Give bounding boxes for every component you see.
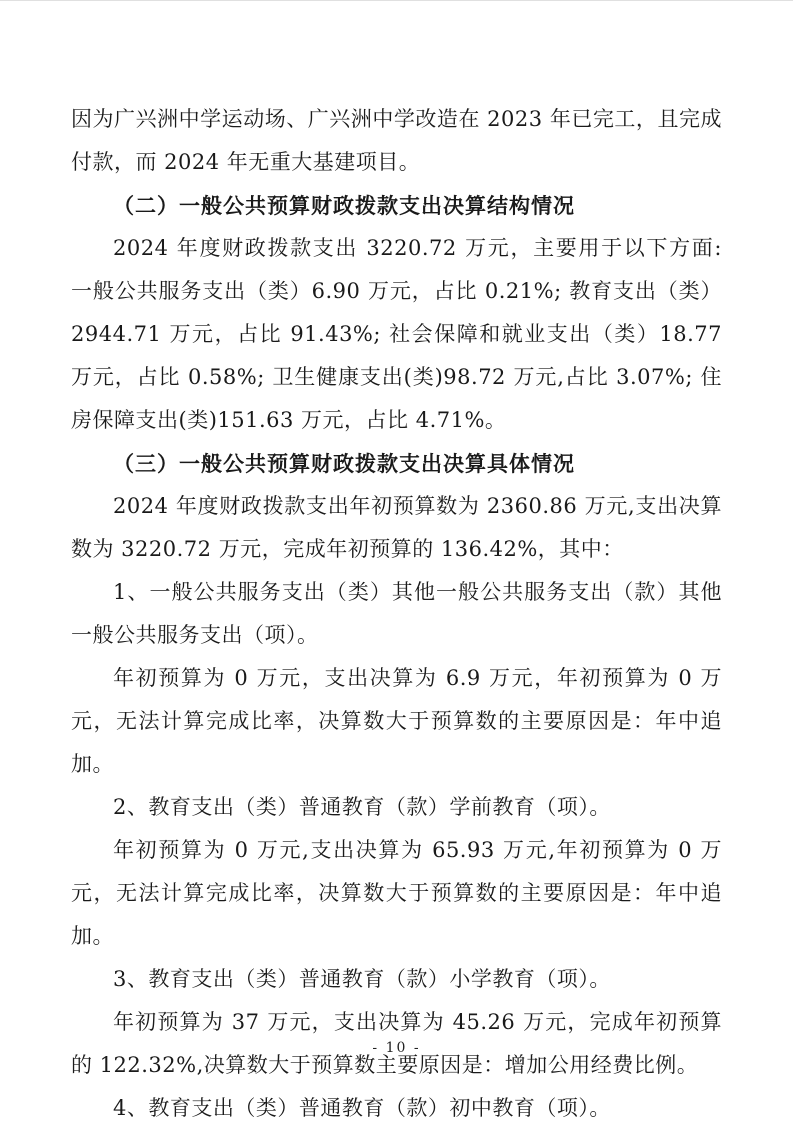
document-body: 因为广兴洲中学运动场、广兴洲中学改造在 2023 年已完工，且完成付款，而 20… (71, 98, 722, 1122)
paragraph: 1、一般公共服务支出（类）其他一般公共服务支出（款）其他一般公共服务支出（项）。 (71, 571, 722, 657)
paragraph: 2024 年度财政拨款支出年初预算数为 2360.86 万元,支出决算数为 32… (71, 485, 722, 571)
paragraph: 因为广兴洲中学运动场、广兴洲中学改造在 2023 年已完工，且完成付款，而 20… (71, 98, 722, 184)
section-heading: （二）一般公共预算财政拨款支出决算结构情况 (71, 184, 722, 227)
paragraph: 年初预算为 0 万元,支出决算为 65.93 万元,年初预算为 0 万元，无法计… (71, 829, 722, 958)
paragraph: 2、教育支出（类）普通教育（款）学前教育（项）。 (71, 786, 722, 829)
paragraph: 4、教育支出（类）普通教育（款）初中教育（项）。 (71, 1087, 722, 1122)
paragraph: 2024 年度财政拨款支出 3220.72 万元，主要用于以下方面: 一般公共服… (71, 227, 722, 442)
page-number: - 10 - (372, 1040, 420, 1056)
paragraph: 3、教育支出（类）普通教育（款）小学教育（项）。 (71, 958, 722, 1001)
section-heading: （三）一般公共预算财政拨款支出决算具体情况 (71, 442, 722, 485)
page-footer: - 10 - (0, 1037, 793, 1056)
document-page: 因为广兴洲中学运动场、广兴洲中学改造在 2023 年已完工，且完成付款，而 20… (0, 0, 793, 1122)
paragraph: 年初预算为 0 万元，支出决算为 6.9 万元，年初预算为 0 万元，无法计算完… (71, 657, 722, 786)
